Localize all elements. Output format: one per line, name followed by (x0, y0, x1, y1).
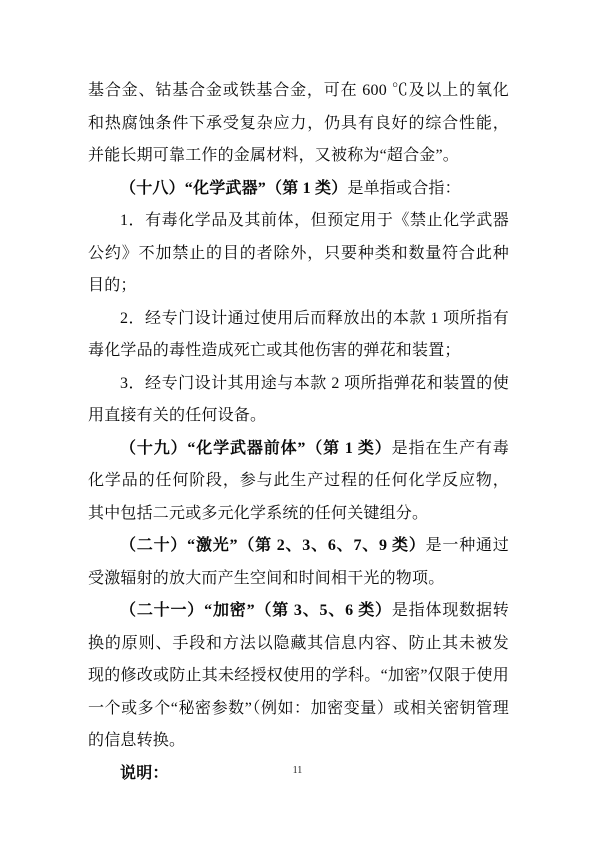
para-def-21-encryption: （二十一）“加密”（第 3、5、6 类）是指体现数据转换的原则、手段和方法以隐藏… (88, 595, 509, 758)
para-item-3: 3．经专门设计其用途与本款 2 项所指弹花和装置的使用直接有关的任何设备。 (88, 368, 509, 433)
bold-text-run: （二十一）“加密”（第 3、5、6 类） (120, 602, 392, 619)
bold-text-run: （十八）“化学武器”（第 1 类） (120, 180, 347, 197)
text-run: 1．有毒化学品及其前体，但预定用于《禁止化学武器公约》不加禁止的目的者除外，只要… (88, 212, 509, 294)
page-number: 11 (0, 764, 595, 778)
para-def-18-chemical-weapons: （十八）“化学武器”（第 1 类）是单指或合指： (88, 173, 509, 206)
text-run: 2．经专门设计通过使用后而释放出的本款 1 项所指有毒化学品的毒性造成死亡或其他… (88, 310, 509, 360)
bold-text-run: （二十）“激光”（第 2、3、6、7、9 类） (120, 537, 426, 554)
document-body: 基合金、钴基合金或铁基合金，可在 600 ℃及以上的氧化和热腐蚀条件下承受复杂应… (88, 75, 509, 790)
text-run: 是单指或合指： (347, 180, 460, 197)
bold-text-run: （十九）“化学武器前体”（第 1 类） (120, 440, 392, 457)
para-superalloy-continuation: 基合金、钴基合金或铁基合金，可在 600 ℃及以上的氧化和热腐蚀条件下承受复杂应… (88, 75, 509, 173)
document-page: 基合金、钴基合金或铁基合金，可在 600 ℃及以上的氧化和热腐蚀条件下承受复杂应… (0, 0, 595, 841)
text-run: 是指体现数据转换的原则、手段和方法以隐藏其信息内容、防止其未被发现的修改或防止其… (88, 602, 509, 749)
para-def-20-laser: （二十）“激光”（第 2、3、6、7、9 类）是一种通过受激辐射的放大而产生空间… (88, 530, 509, 595)
para-item-1: 1．有毒化学品及其前体，但预定用于《禁止化学武器公约》不加禁止的目的者除外，只要… (88, 205, 509, 303)
para-item-2: 2．经专门设计通过使用后而释放出的本款 1 项所指有毒化学品的毒性造成死亡或其他… (88, 303, 509, 368)
text-run: 3．经专门设计其用途与本款 2 项所指弹花和装置的使用直接有关的任何设备。 (88, 375, 509, 425)
para-def-19-cw-precursor: （十九）“化学武器前体”（第 1 类）是指在生产有毒化学品的任何阶段，参与此生产… (88, 433, 509, 531)
text-run: 基合金、钴基合金或铁基合金，可在 600 ℃及以上的氧化和热腐蚀条件下承受复杂应… (88, 82, 509, 164)
